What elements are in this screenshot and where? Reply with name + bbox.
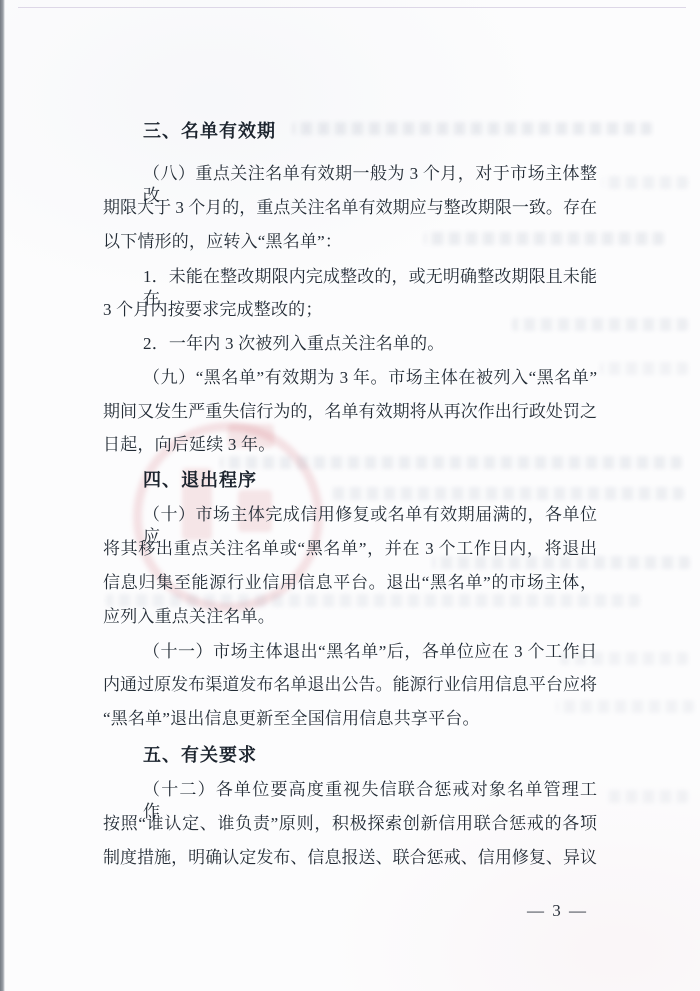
doc-line: 制度措施，明确认定发布、信息报送、联合惩戒、信用修复、异议 bbox=[103, 847, 597, 869]
doc-line: 内通过原发布渠道发布名单退出公告。能源行业信用信息平台应将 bbox=[103, 674, 597, 696]
doc-line: “黑名单”退出信息更新至全国信用信息共享平台。 bbox=[103, 708, 480, 730]
page-number: — 3 — bbox=[527, 901, 588, 921]
bleedthrough-smudge bbox=[608, 790, 688, 803]
section-heading-3: 三、名单有效期 bbox=[143, 120, 276, 142]
bleedthrough-smudge bbox=[602, 176, 688, 189]
section-heading-4: 四、退出程序 bbox=[143, 469, 257, 491]
doc-line: 日起，向后延续 3 年。 bbox=[103, 434, 275, 456]
scan-edge bbox=[0, 0, 5, 991]
bleedthrough-smudge bbox=[424, 232, 664, 245]
bleedthrough-smudge bbox=[220, 456, 682, 469]
doc-line: （十一）市场主体退出“黑名单”后，各单位应在 3 个工作日 bbox=[143, 641, 597, 663]
bleedthrough-smudge bbox=[292, 122, 652, 135]
bleedthrough-smudge bbox=[332, 487, 684, 500]
document-page: 三、名单有效期 （八）重点关注名单有效期一般为 3 个月，对于市场主体整改 期限… bbox=[0, 0, 700, 991]
doc-line: 3 个月内按要求完成整改的； bbox=[103, 299, 323, 321]
doc-line: 应列入重点关注名单。 bbox=[103, 606, 275, 628]
section-heading-5: 五、有关要求 bbox=[143, 744, 257, 766]
doc-line: 以下情形的，应转入“黑名单”： bbox=[103, 231, 342, 253]
scan-line bbox=[18, 7, 686, 8]
doc-line: 2．一年内 3 次被列入重点关注名单的。 bbox=[143, 333, 445, 355]
doc-line: 将其移出重点关注名单或“黑名单”，并在 3 个工作日内，将退出 bbox=[103, 538, 597, 560]
bleedthrough-smudge bbox=[556, 700, 694, 713]
bleedthrough-smudge bbox=[600, 362, 688, 375]
doc-line: 期限大于 3 个月的，重点关注名单有效期应与整改期限一致。存在 bbox=[103, 197, 597, 219]
bleedthrough-smudge bbox=[512, 318, 688, 331]
doc-line: （九）“黑名单”有效期为 3 年。市场主体在被列入“黑名单” bbox=[143, 367, 597, 389]
doc-line: 按照“谁认定、谁负责”原则，积极探索创新信用联合惩戒的各项 bbox=[103, 813, 597, 835]
doc-line: 期间又发生严重失信行为的，名单有效期将从再次作出行政处罚之 bbox=[103, 401, 597, 423]
doc-line: 信息归集至能源行业信用信息平台。退出“黑名单”的市场主体， bbox=[103, 572, 597, 594]
